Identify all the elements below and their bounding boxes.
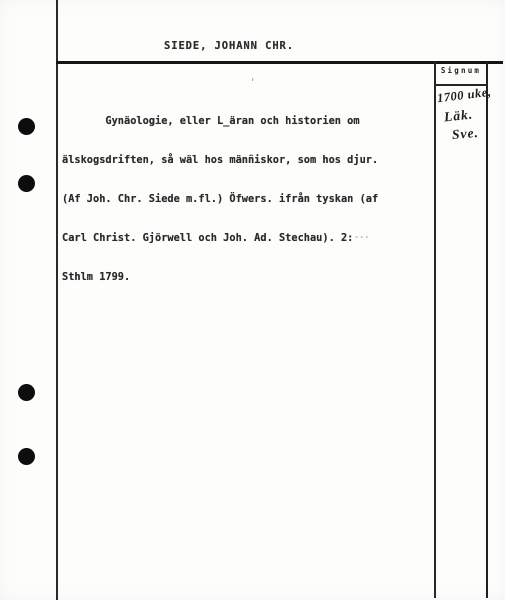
author-heading: SIEDE, JOHANN CHR. xyxy=(164,40,294,52)
entry-line: Gynäologie, eller L̲äran och historien o… xyxy=(62,115,378,128)
punch-hole xyxy=(18,384,35,401)
entry-line: Carl Christ. Gjörwell och Joh. Ad. Stech… xyxy=(62,232,378,245)
punch-hole xyxy=(18,175,35,192)
bibliographic-entry: Gynäologie, eller L̲äran och historien o… xyxy=(62,89,378,310)
signum-column-header: Signum xyxy=(436,66,486,75)
handwritten-shelfmark-line: 1700 uke, xyxy=(436,85,492,107)
entry-line: (Af Joh. Chr. Siede m.fl.) Öfwers. ifrån… xyxy=(62,193,378,206)
handwritten-shelfmark-line: Läk. xyxy=(443,107,474,126)
entry-line: Sthlm 1799. xyxy=(62,271,378,284)
signum-column-left-rule xyxy=(434,61,436,598)
signum-column-right-rule xyxy=(486,61,488,598)
catalog-card-scan: SIEDE, JOHANN CHR. ' Gynäologie, eller L… xyxy=(0,0,505,600)
punch-hole xyxy=(18,448,35,465)
punch-hole xyxy=(18,118,35,135)
stray-scan-mark: ' xyxy=(248,76,256,90)
entry-line: älskogsdriften, så wäl hos männ̈iskor, s… xyxy=(62,154,378,167)
faded-erased-text: ··· xyxy=(353,232,369,244)
left-margin-rule xyxy=(56,0,58,600)
entry-line-text: Carl Christ. Gjörwell och Joh. Ad. Stech… xyxy=(62,232,353,244)
handwritten-shelfmark-line: Sve. xyxy=(451,125,479,143)
